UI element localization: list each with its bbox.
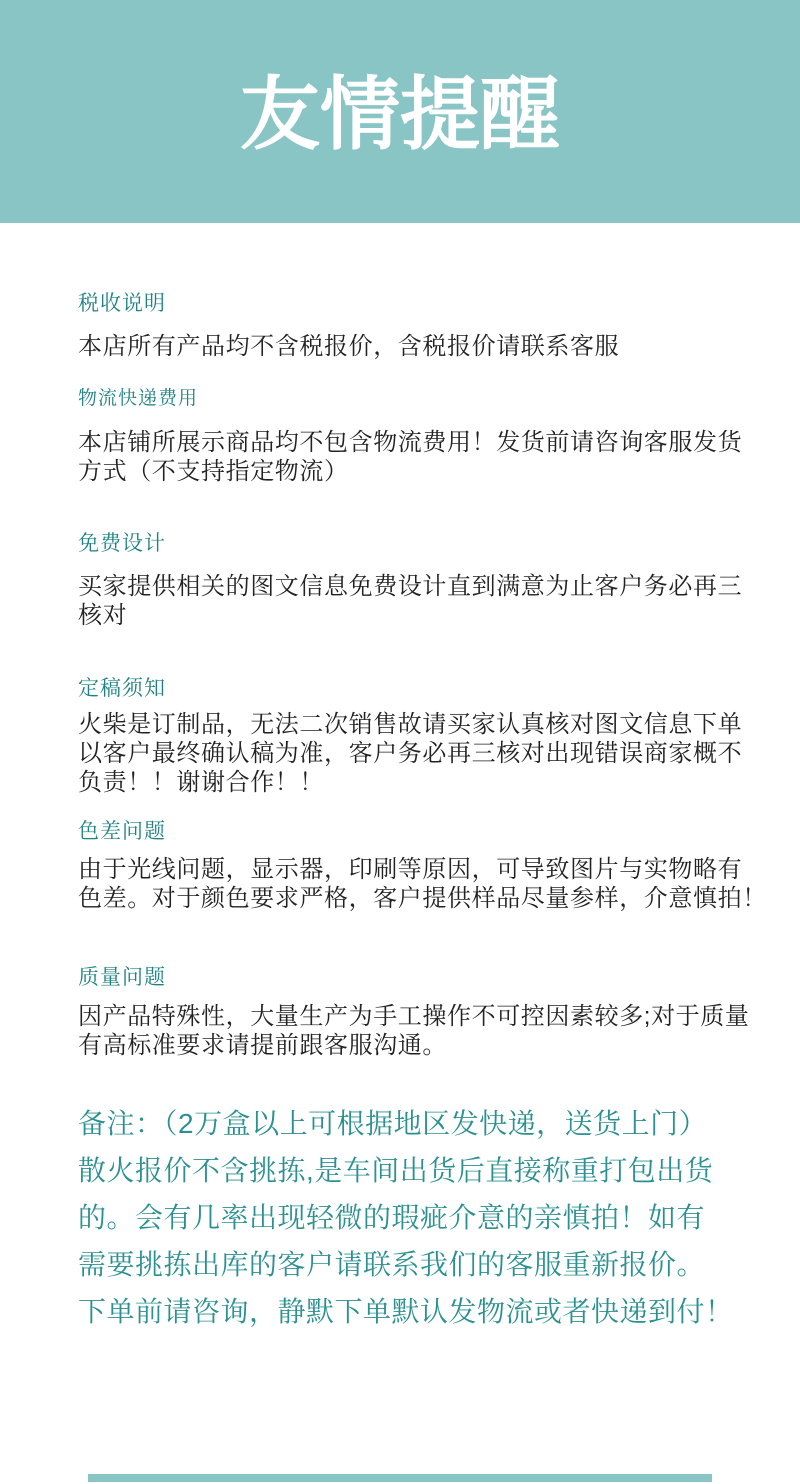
banner-title: 友情提醒 xyxy=(240,69,560,155)
section-body-final-draft: 火柴是订制品，无法二次销售故请买家认真核对图文信息下单 以客户最终确认稿为准，客… xyxy=(78,710,768,797)
section-body-color-difference: 由于光线问题，显示器，印刷等原因，可导致图片与实物略有 色差。对于颜色要求严格，… xyxy=(78,855,768,913)
section-heading-quality: 质量问题 xyxy=(78,965,768,990)
section-body-free-design: 买家提供相关的图文信息免费设计直到满意为止客户务必再三 核对 xyxy=(78,572,768,630)
section-heading-shipping-fee: 物流快递费用 xyxy=(78,386,768,411)
section-heading-free-design: 免费设计 xyxy=(78,531,768,556)
section-body-tax: 本店所有产品均不含税报价，含税报价请联系客服 xyxy=(78,332,768,361)
section-body-shipping-fee: 本店铺所展示商品均不包含物流费用！发货前请咨询客服发货 方式（不支持指定物流） xyxy=(78,428,768,486)
reminder-notice-page: 友情提醒 税收说明 本店所有产品均不含税报价，含税报价请联系客服 物流快递费用 … xyxy=(0,0,800,1484)
footer-bar xyxy=(88,1474,712,1482)
section-heading-tax: 税收说明 xyxy=(78,291,768,316)
remark-paragraph: 备注：（2万盒以上可根据地区发快递，送货上门） 散火报价不含挑拣,是车间出货后直… xyxy=(78,1100,768,1335)
section-body-quality: 因产品特殊性，大量生产为手工操作不可控因素较多;对于质量 有高标准要求请提前跟客… xyxy=(78,1002,768,1060)
section-heading-final-draft: 定稿须知 xyxy=(78,676,768,701)
reminder-banner: 友情提醒 xyxy=(0,0,800,223)
section-heading-color-difference: 色差问题 xyxy=(78,819,768,844)
